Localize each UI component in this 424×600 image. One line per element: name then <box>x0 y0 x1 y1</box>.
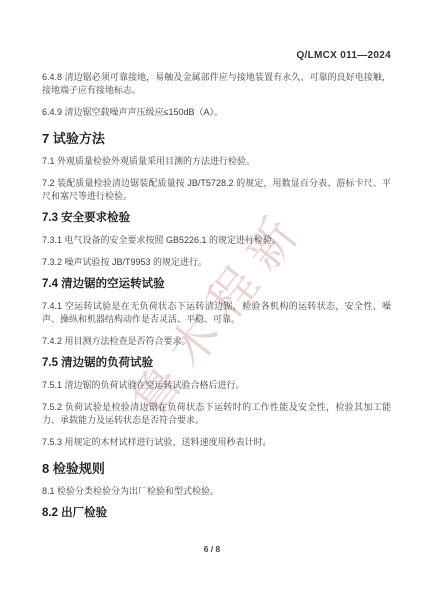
clause-7-4-2: 7.4.2 用目测方法检查是否符合要求。 <box>42 335 391 348</box>
clause-7-1: 7.1 外观质量检验外观质量采用目测的方法进行检验。 <box>42 155 391 168</box>
section-7-3-title: 7.3 安全要求检验 <box>42 212 391 225</box>
clause-7-2: 7.2 装配质量检验清边锯装配质量按 JB/T5728.2 的规定，用数显百分表… <box>42 177 391 203</box>
clause-8-1: 8.1 检验分类检验分为出厂检验和型式检验。 <box>42 485 391 498</box>
clause-7-5-3: 7.5.3 用规定的木材试样进行试验，送料速度用秒表计时。 <box>42 436 391 449</box>
section-7-4-title: 7.4 清边锯的空运转试验 <box>42 278 391 291</box>
clause-6-4-8: 6.4.8 清边锯必须可靠接地，易触及金属部件应与接地装置有永久、可靠的良好电接… <box>42 71 391 97</box>
clause-7-3-2: 7.3.2 噪声试验按 JB/T9953 的规定进行。 <box>42 256 391 269</box>
section-8-2-title: 8.2 出厂检验 <box>42 507 391 520</box>
document-page: 鲁木程新 Q/LMCX 011—2024 6.4.8 清边锯必须可靠接地，易触及… <box>0 0 424 600</box>
section-7-5-title: 7.5 清边锯的负荷试验 <box>42 357 391 370</box>
document-code-header: Q/LMCX 011—2024 <box>42 50 391 62</box>
clause-7-4-1: 7.4.1 空运转试验是在无负荷状态下运转清边锯，检验各机构的运转状态，安全性、… <box>42 300 391 326</box>
clause-7-5-2: 7.5.2 负荷试验是检验清边锯在负荷状态下运转时的工作性能及安全性，检验其加工… <box>42 401 391 427</box>
clause-7-3-1: 7.3.1 电气设备的安全要求按照 GB5226.1 的规定进行检验。 <box>42 234 391 247</box>
section-8-title: 8 检验规则 <box>42 461 391 476</box>
section-7-title: 7 试验方法 <box>42 131 391 146</box>
document-body: 6.4.8 清边锯必须可靠接地，易触及金属部件应与接地装置有永久、可靠的良好电接… <box>42 71 391 520</box>
clause-6-4-9: 6.4.9 清边锯空载噪声声压级应≤150dB（A）。 <box>42 106 391 119</box>
clause-7-5-1: 7.5.1 清边锯的负荷试验在空运转试验合格后进行。 <box>42 379 391 392</box>
page-number: 6 / 8 <box>0 544 424 554</box>
